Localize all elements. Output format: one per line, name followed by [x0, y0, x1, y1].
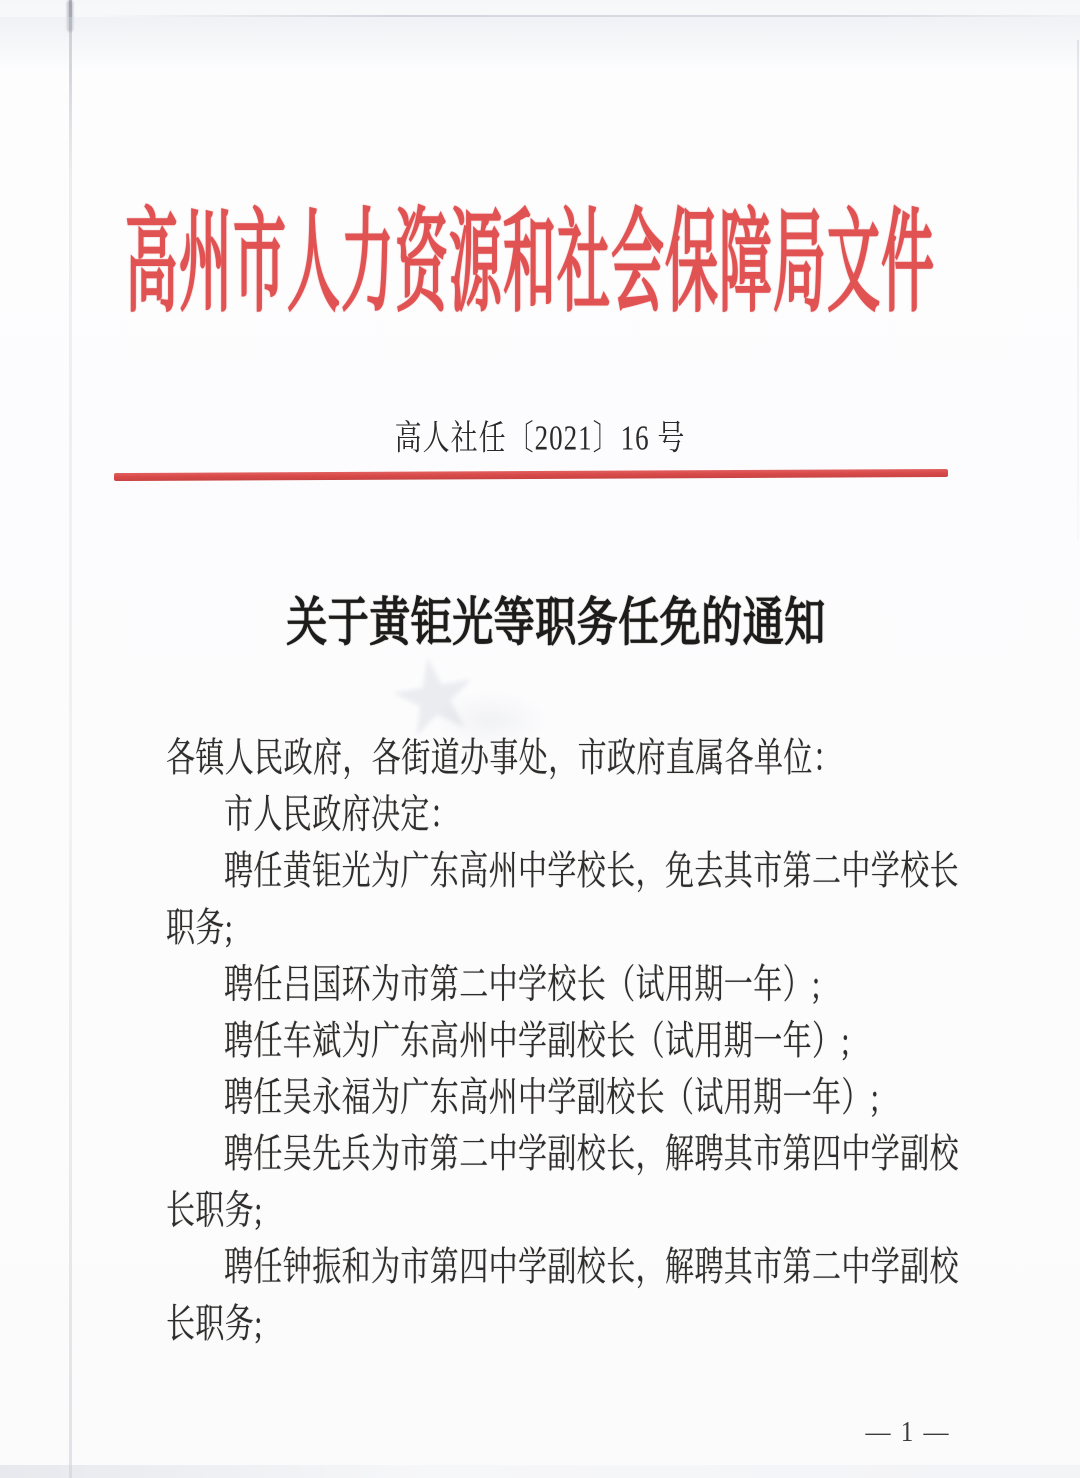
- page-number-text: — 1 —: [866, 1417, 951, 1448]
- document-body: 各镇人民政府，各街道办事处，市政府直属各单位： 市人民政府决定： 聘任黄钜光为广…: [166, 731, 952, 1353]
- body-line: 聘任钟振和为市第四中学副校长，解聘其市第二中学副校: [166, 1240, 952, 1297]
- page-number: — 1 —: [848, 1414, 968, 1452]
- body-line: 市人民政府决定：: [166, 788, 952, 845]
- agency-letterhead-text: 高州市人力资源和社会保障局文件: [125, 203, 935, 327]
- scan-artifact-bottom-band: [0, 1465, 1080, 1478]
- body-line: 聘任吴先兵为市第二中学副校长，解聘其市第四中学副校: [166, 1127, 952, 1184]
- scan-artifact-top-band: [0, 17, 1080, 65]
- body-line: 各镇人民政府，各街道办事处，市政府直属各单位：: [166, 731, 952, 788]
- body-line: 聘任车斌为广东高州中学副校长（试用期一年）;: [166, 1014, 952, 1071]
- body-line: 聘任吴永福为广东高州中学副校长（试用期一年）;: [166, 1070, 952, 1127]
- red-separator-rule: [114, 469, 948, 481]
- scanned-document-page: 高州市人力资源和社会保障局文件 高人社任〔2021〕16 号 关于黄钜光等职务任…: [0, 0, 1080, 1478]
- body-line: 长职务;: [166, 1297, 952, 1354]
- notice-title: 关于黄钜光等职务任免的通知: [166, 590, 946, 656]
- scan-artifact-left-page-edge: [69, 0, 72, 1478]
- agency-letterhead: 高州市人力资源和社会保障局文件: [105, 205, 955, 325]
- document-number: 高人社任〔2021〕16 号: [150, 416, 930, 460]
- body-line: 聘任黄钜光为广东高州中学校长，免去其市第二中学校长: [166, 844, 952, 901]
- body-line: 聘任吕国环为市第二中学校长（试用期一年）;: [166, 957, 952, 1014]
- notice-title-text: 关于黄钜光等职务任免的通知: [286, 592, 826, 655]
- body-line: 职务;: [166, 901, 952, 958]
- scan-artifact-right-page-edge: [1077, 40, 1079, 540]
- body-line: 长职务;: [166, 1184, 952, 1241]
- document-number-text: 高人社任〔2021〕16 号: [395, 414, 686, 463]
